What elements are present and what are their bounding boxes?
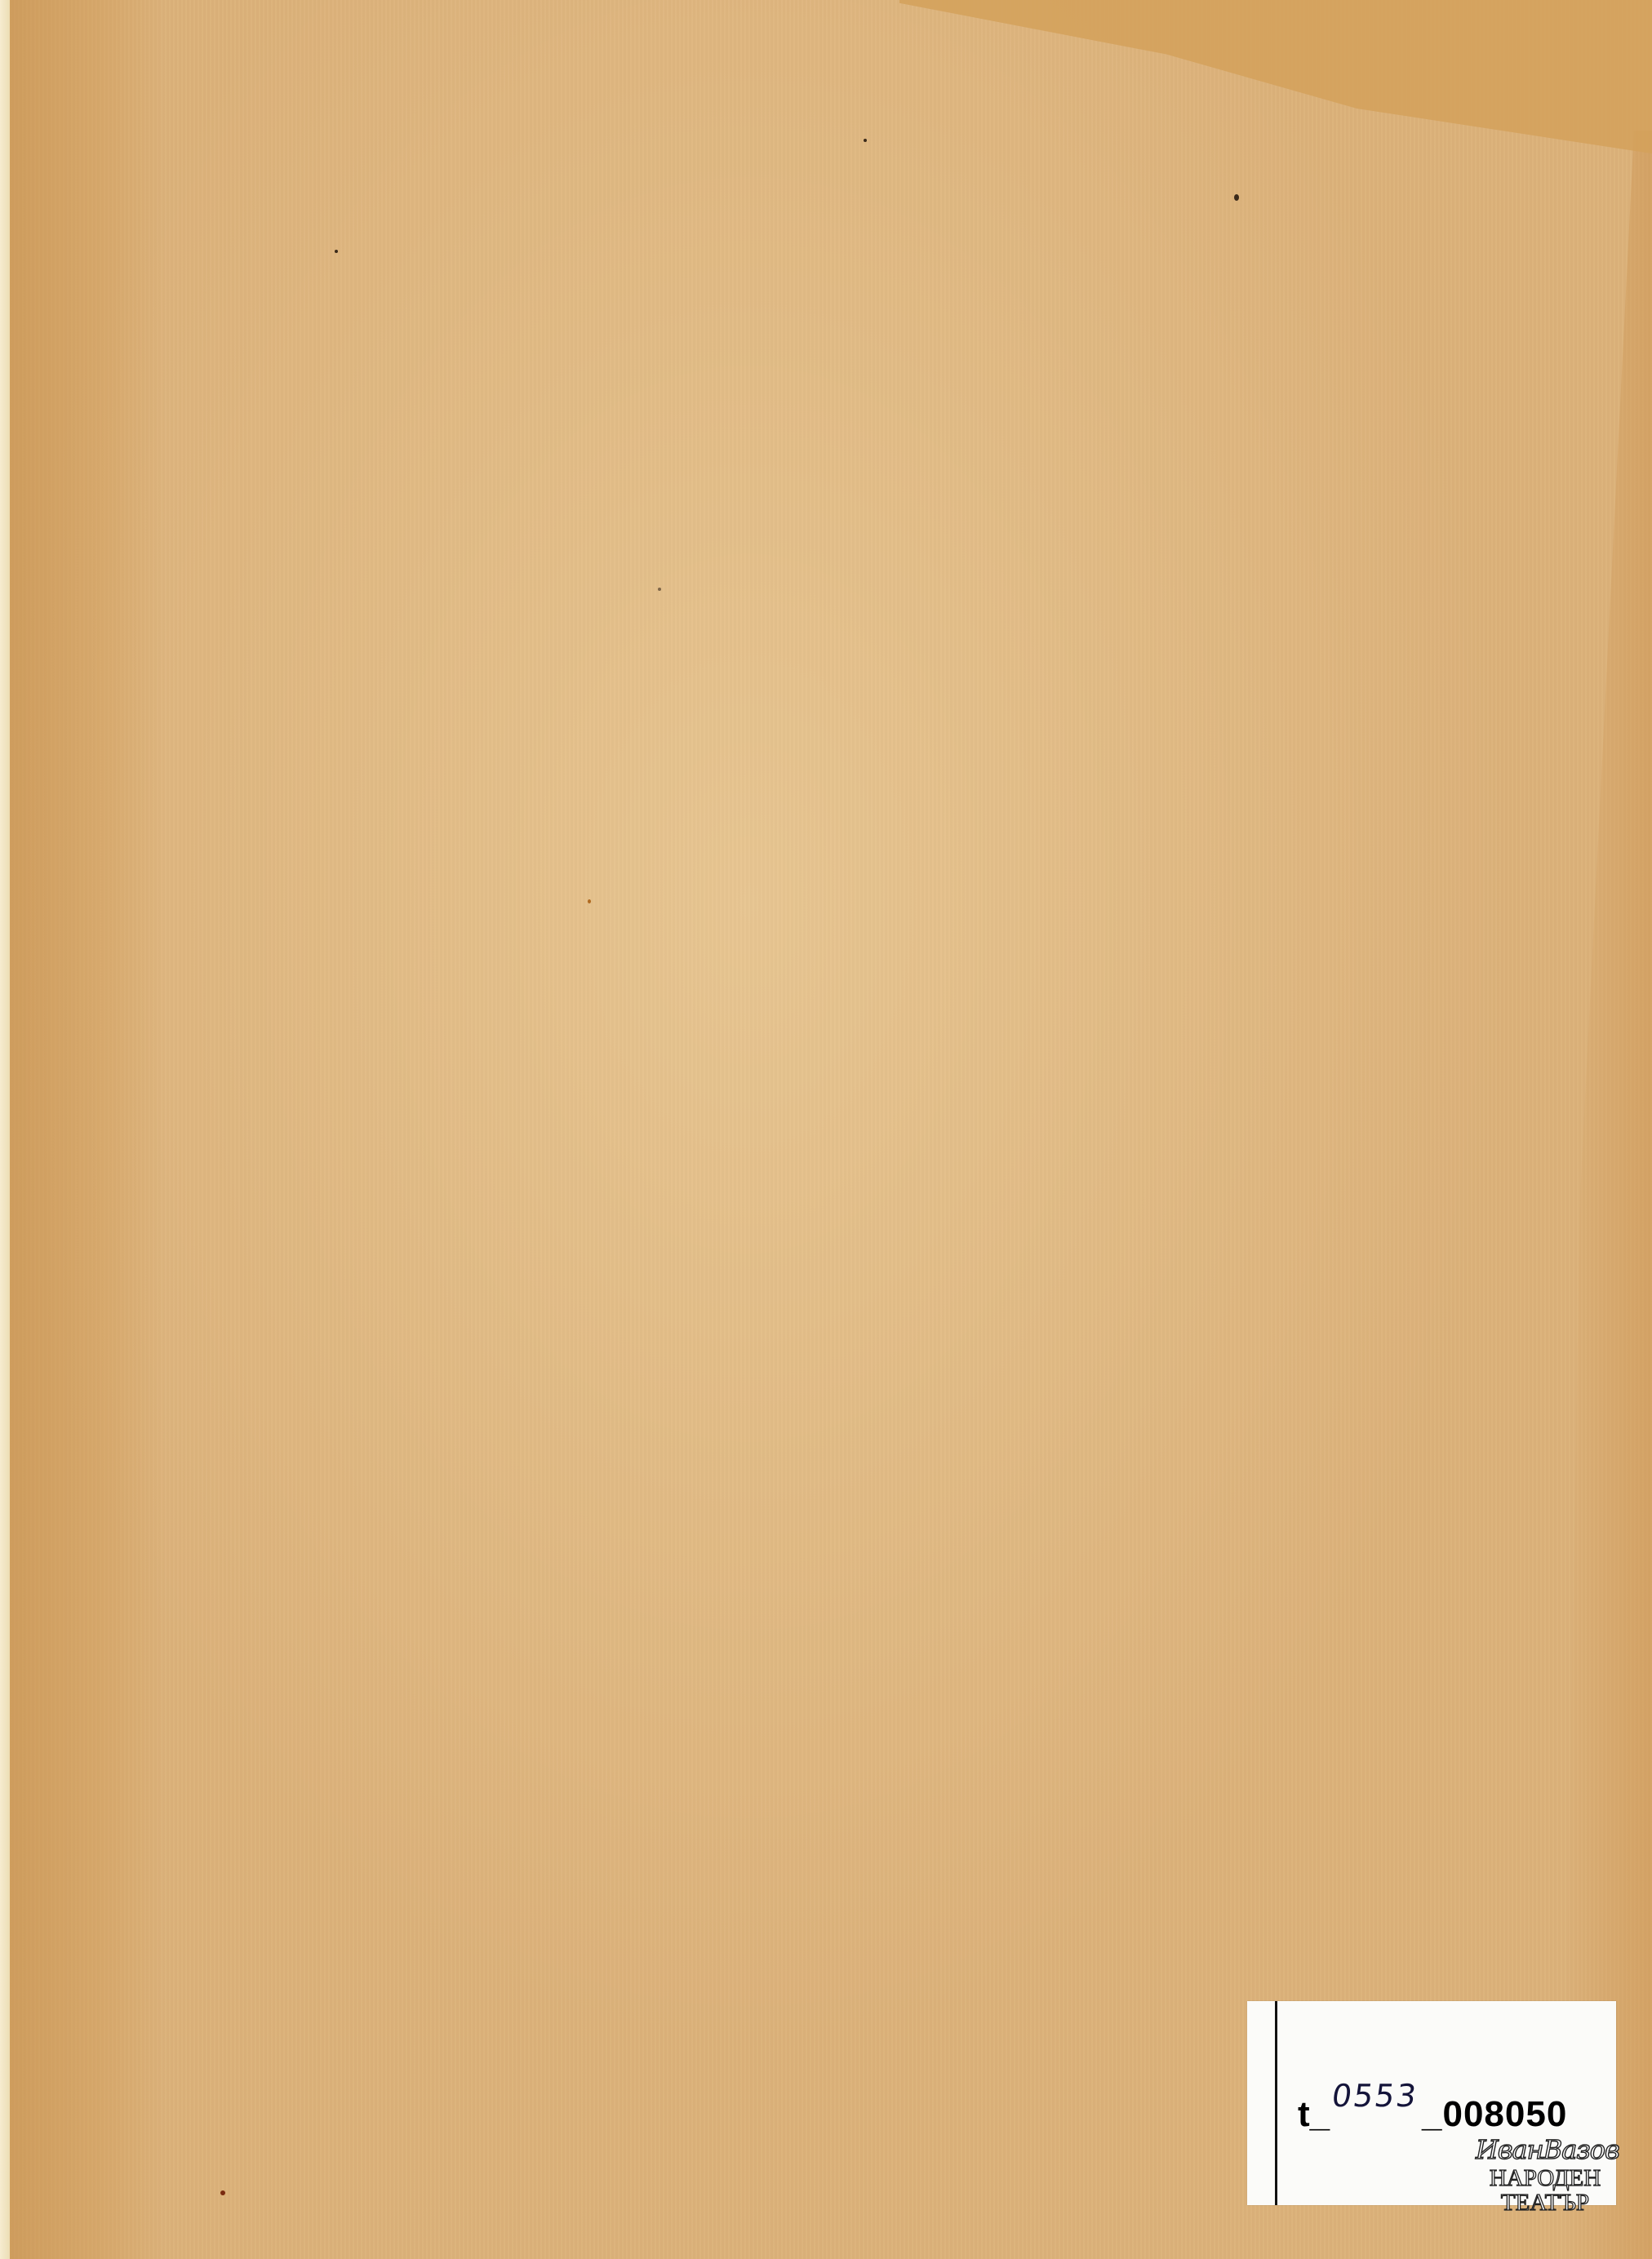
logo-line-2: ТЕАТЪР <box>1476 2190 1614 2215</box>
paper-speck <box>588 899 591 903</box>
logo-signature: ИванВазов <box>1476 2133 1614 2166</box>
catalog-suffix: _008050 <box>1422 2094 1567 2135</box>
paper-speck <box>658 588 661 591</box>
logo-line-1: НАРОДЕН <box>1476 2166 1614 2190</box>
paper-speck <box>1234 194 1239 201</box>
paper-speck <box>864 139 867 142</box>
paper-speck <box>220 2190 225 2195</box>
paper-speck <box>335 250 338 253</box>
catalog-prefix: t_ <box>1298 2094 1330 2135</box>
paper-texture <box>10 0 1652 2259</box>
national-theatre-logo: ИванВазов НАРОДЕН ТЕАТЪР <box>1476 2133 1614 2256</box>
catalog-handwritten-number: 0553 <box>1330 2078 1420 2114</box>
paper-sheet <box>10 0 1652 2259</box>
left-edge-stain <box>10 0 165 2259</box>
label-vertical-rule <box>1275 2001 1277 2205</box>
